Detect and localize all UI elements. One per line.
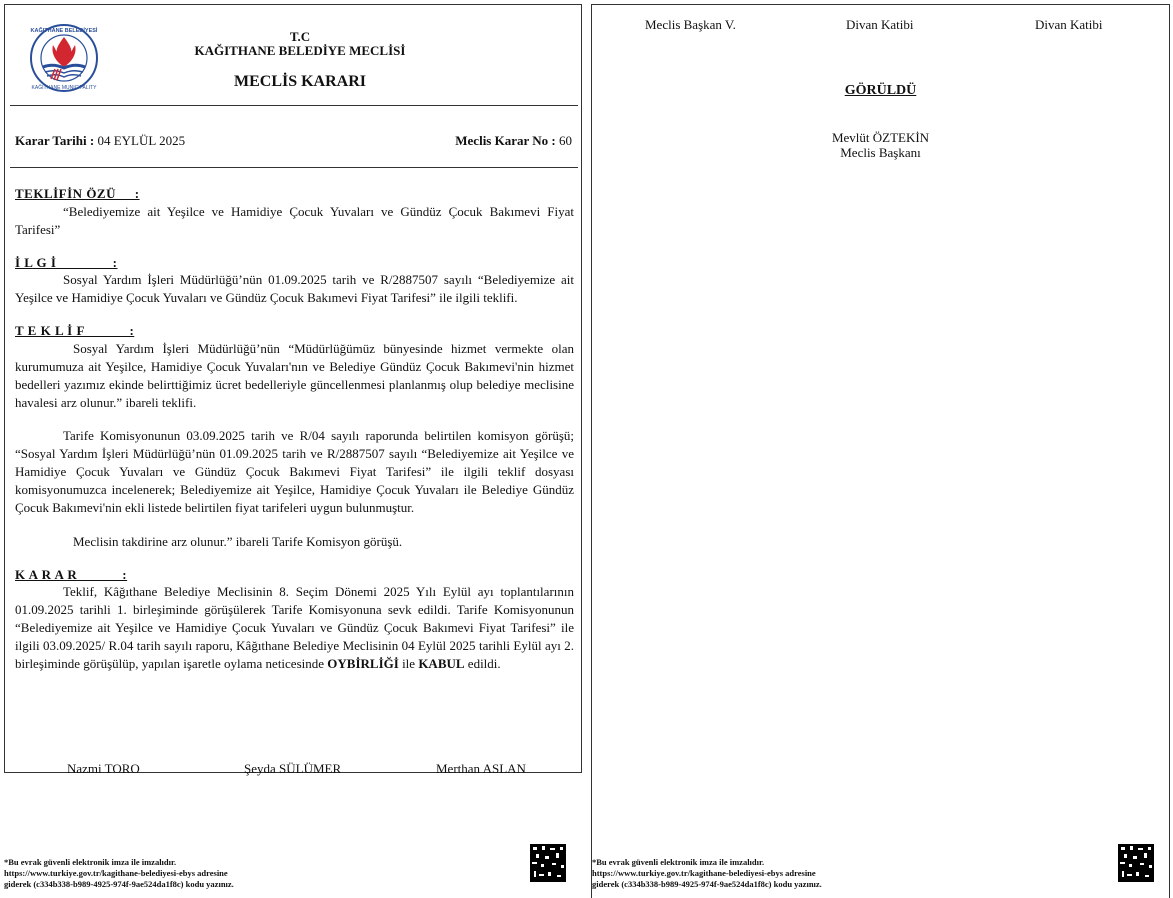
e-signature-note-2: *Bu evrak güvenli elektronik imza ile im… bbox=[592, 857, 822, 890]
footer-line-3: giderek (c334b338-b989-4925-974f-9ae524d… bbox=[592, 879, 822, 890]
section-heading-ilgi: İ L G İ : bbox=[15, 255, 118, 271]
municipality-logo-icon: KAĞITHANE BELEDİYESİ KAĞITHANE MUNICIPAL… bbox=[27, 23, 101, 93]
footer-line-2[interactable]: https://www.turkiye.gov.tr/kagithane-bel… bbox=[4, 868, 234, 879]
svg-text:KAĞITHANE BELEDİYESİ: KAĞITHANE BELEDİYESİ bbox=[31, 26, 98, 34]
decision-date-label: Karar Tarihi : bbox=[15, 133, 94, 148]
qr-code-icon bbox=[1118, 844, 1154, 882]
decision-number-value: 60 bbox=[559, 133, 572, 148]
section-heading-teklif: T E K L İ F : bbox=[15, 323, 134, 339]
president-name: Mevlüt ÖZTEKİN bbox=[592, 130, 1169, 146]
karar-unanimity: OYBİRLİĞİ bbox=[327, 656, 399, 671]
karar-accepted: KABUL bbox=[418, 656, 464, 671]
president-role: Meclis Başkanı bbox=[592, 145, 1169, 161]
approval-heading: GÖRÜLDÜ bbox=[592, 83, 1169, 99]
e-signature-note-1: *Bu evrak güvenli elektronik imza ile im… bbox=[4, 857, 234, 890]
decision-date-value: 04 EYLÜL 2025 bbox=[97, 133, 185, 148]
decision-date: Karar Tarihi : 04 EYLÜL 2025 bbox=[15, 133, 185, 149]
meta-divider bbox=[10, 167, 578, 168]
footer-line-2[interactable]: https://www.turkiye.gov.tr/kagithane-bel… bbox=[592, 868, 822, 879]
footer-line-3: giderek (c334b338-b989-4925-974f-9ae524d… bbox=[4, 879, 234, 890]
teklifin-ozu-text: “Belediyemize ait Yeşilce ve Hamidiye Ço… bbox=[15, 204, 574, 237]
signatory-role-1: Meclis Başkan V. bbox=[645, 17, 736, 33]
decision-number-label: Meclis Karar No : bbox=[455, 133, 555, 148]
qr-code-icon bbox=[530, 844, 566, 882]
footer-line-1: *Bu evrak güvenli elektronik imza ile im… bbox=[592, 857, 822, 868]
section-text-commission-closing: Meclisin takdirine arz olunur.” ibareli … bbox=[15, 533, 574, 551]
svg-text:KAĞITHANE MUNICIPALITY: KAĞITHANE MUNICIPALITY bbox=[32, 84, 98, 91]
section-text-teklif: Sosyal Yardım İşleri Müdürlüğü’nün “Müdü… bbox=[15, 340, 574, 412]
karar-end: edildi. bbox=[465, 656, 501, 671]
decision-page-1: KAĞITHANE BELEDİYESİ KAĞITHANE MUNICIPAL… bbox=[4, 4, 582, 773]
decision-number: Meclis Karar No : 60 bbox=[455, 133, 572, 149]
header-divider bbox=[10, 105, 578, 106]
section-text-teklifin-ozu: “Belediyemize ait Yeşilce ve Hamidiye Ço… bbox=[15, 203, 574, 239]
decision-page-2: Meclis Başkan V. Divan Katibi Divan Kati… bbox=[591, 4, 1170, 898]
signatory-role-2: Divan Katibi bbox=[846, 17, 914, 33]
signatory-3: Merthan ASLAN bbox=[436, 761, 526, 777]
section-text-ilgi: Sosyal Yardım İşleri Müdürlüğü’nün 01.09… bbox=[15, 271, 574, 307]
commission-closing-text: Meclisin takdirine arz olunur.” ibareli … bbox=[73, 534, 402, 549]
section-heading-karar: K A R A R : bbox=[15, 567, 127, 583]
section-text-karar: Teklif, Kâğıthane Belediye Meclisinin 8.… bbox=[15, 583, 574, 673]
teklif-text: Sosyal Yardım İşleri Müdürlüğü’nün “Müdü… bbox=[15, 341, 574, 410]
karar-mid: ile bbox=[399, 656, 419, 671]
document-title: MECLİS KARARI bbox=[175, 73, 425, 91]
signatory-1: Nazmi TORO bbox=[67, 761, 140, 777]
ilgi-text: Sosyal Yardım İşleri Müdürlüğü’nün 01.09… bbox=[15, 272, 574, 305]
footer-line-1: *Bu evrak güvenli elektronik imza ile im… bbox=[4, 857, 234, 868]
signatory-2: Şeyda SÜLÜMER bbox=[244, 761, 341, 777]
commission-text: Tarife Komisyonunun 03.09.2025 tarih ve … bbox=[15, 428, 574, 515]
section-text-commission: Tarife Komisyonunun 03.09.2025 tarih ve … bbox=[15, 427, 574, 517]
section-heading-teklifin-ozu: TEKLİFİN ÖZÜ : bbox=[15, 186, 140, 202]
header-organization: KAĞITHANE BELEDİYE MECLİSİ bbox=[175, 43, 425, 59]
signatory-role-3: Divan Katibi bbox=[1035, 17, 1103, 33]
